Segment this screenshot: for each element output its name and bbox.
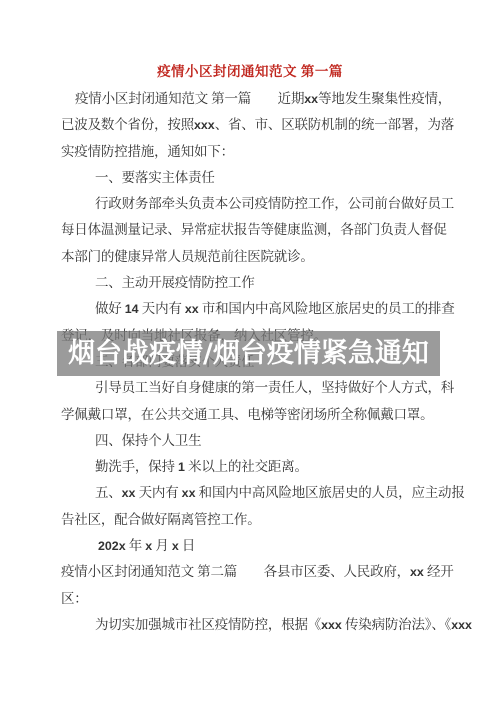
doc-line: 疫情小区封闭通知范文 第二篇 各县市区委、人民政府，xx 经开: [61, 559, 450, 585]
latin-run: x: [145, 539, 152, 553]
doc-line: 二、主动开展疫情防控工作: [61, 270, 450, 296]
doc-line: 区：: [61, 586, 450, 612]
latin-run: 14: [125, 302, 139, 316]
latin-run: xxx: [194, 118, 215, 132]
doc-line: 已波及数个省份，按照xxx、省、市、区联防机制的统一部署，为落: [61, 112, 450, 138]
doc-line: 五、xx 天内有 xx 和国内中高风险地区旅居史的人员，应主动报: [61, 480, 450, 506]
doc-line: 学佩戴口罩，在公共交通工具、电梯等密闭场所全称佩戴口罩。: [61, 402, 450, 428]
doc-line: 勤洗手，保持 1 米以上的社交距离。: [61, 454, 450, 480]
doc-line: 每日体温测量记录、异常症状报告等健康监测，各部门负责人督促: [61, 217, 450, 243]
doc-line: 行政财务部牵头负责本公司疫情防控工作，公司前台做好员工: [61, 191, 450, 217]
latin-run: 202x: [98, 539, 126, 553]
doc-line: 本部门的健康异常人员规范前往医院就诊。: [61, 244, 450, 270]
latin-run: xx: [185, 302, 199, 316]
latin-run: xxx: [451, 618, 472, 632]
latin-run: x: [172, 539, 179, 553]
latin-run: xx: [304, 92, 318, 106]
doc-line: 四、保持个人卫生: [61, 428, 450, 454]
watermark-banner-text: 烟台战疫情/烟台疫情紧急通知: [68, 340, 429, 367]
doc-line: 实疫情防控措施，通知如下：: [61, 139, 450, 165]
doc-line: 疫情小区封闭通知范文 第一篇 近期xx等地发生聚集性疫情，: [61, 86, 450, 112]
document-title: 疫情小区封闭通知范文 第一篇: [0, 60, 500, 80]
latin-run: xx: [122, 486, 136, 500]
document-page: 疫情小区封闭通知范文 第一篇 疫情小区封闭通知范文 第一篇 近期xx等地发生聚集…: [0, 0, 500, 706]
watermark-banner: 烟台战疫情/烟台疫情紧急通知: [57, 331, 440, 376]
doc-line: 为切实加强城市社区疫情防控，根据《xxx 传染病防治法》、《xxx: [61, 612, 450, 638]
latin-run: xx: [410, 565, 424, 579]
latin-run: 1: [178, 460, 185, 474]
latin-run: xxx: [321, 618, 342, 632]
doc-line: 做好 14 天内有 xx 市和国内中高风险地区旅居史的员工的排查: [61, 296, 450, 322]
doc-line: 202x 年 x 月 x 日: [61, 533, 450, 559]
doc-line: 告社区，配合做好隔离管控工作。: [61, 507, 450, 533]
doc-line: 引导员工当好自身健康的第一责任人，坚持做好个人方式，科: [61, 375, 450, 401]
doc-line: 一、要落实主体责任: [61, 165, 450, 191]
latin-run: xx: [182, 486, 196, 500]
